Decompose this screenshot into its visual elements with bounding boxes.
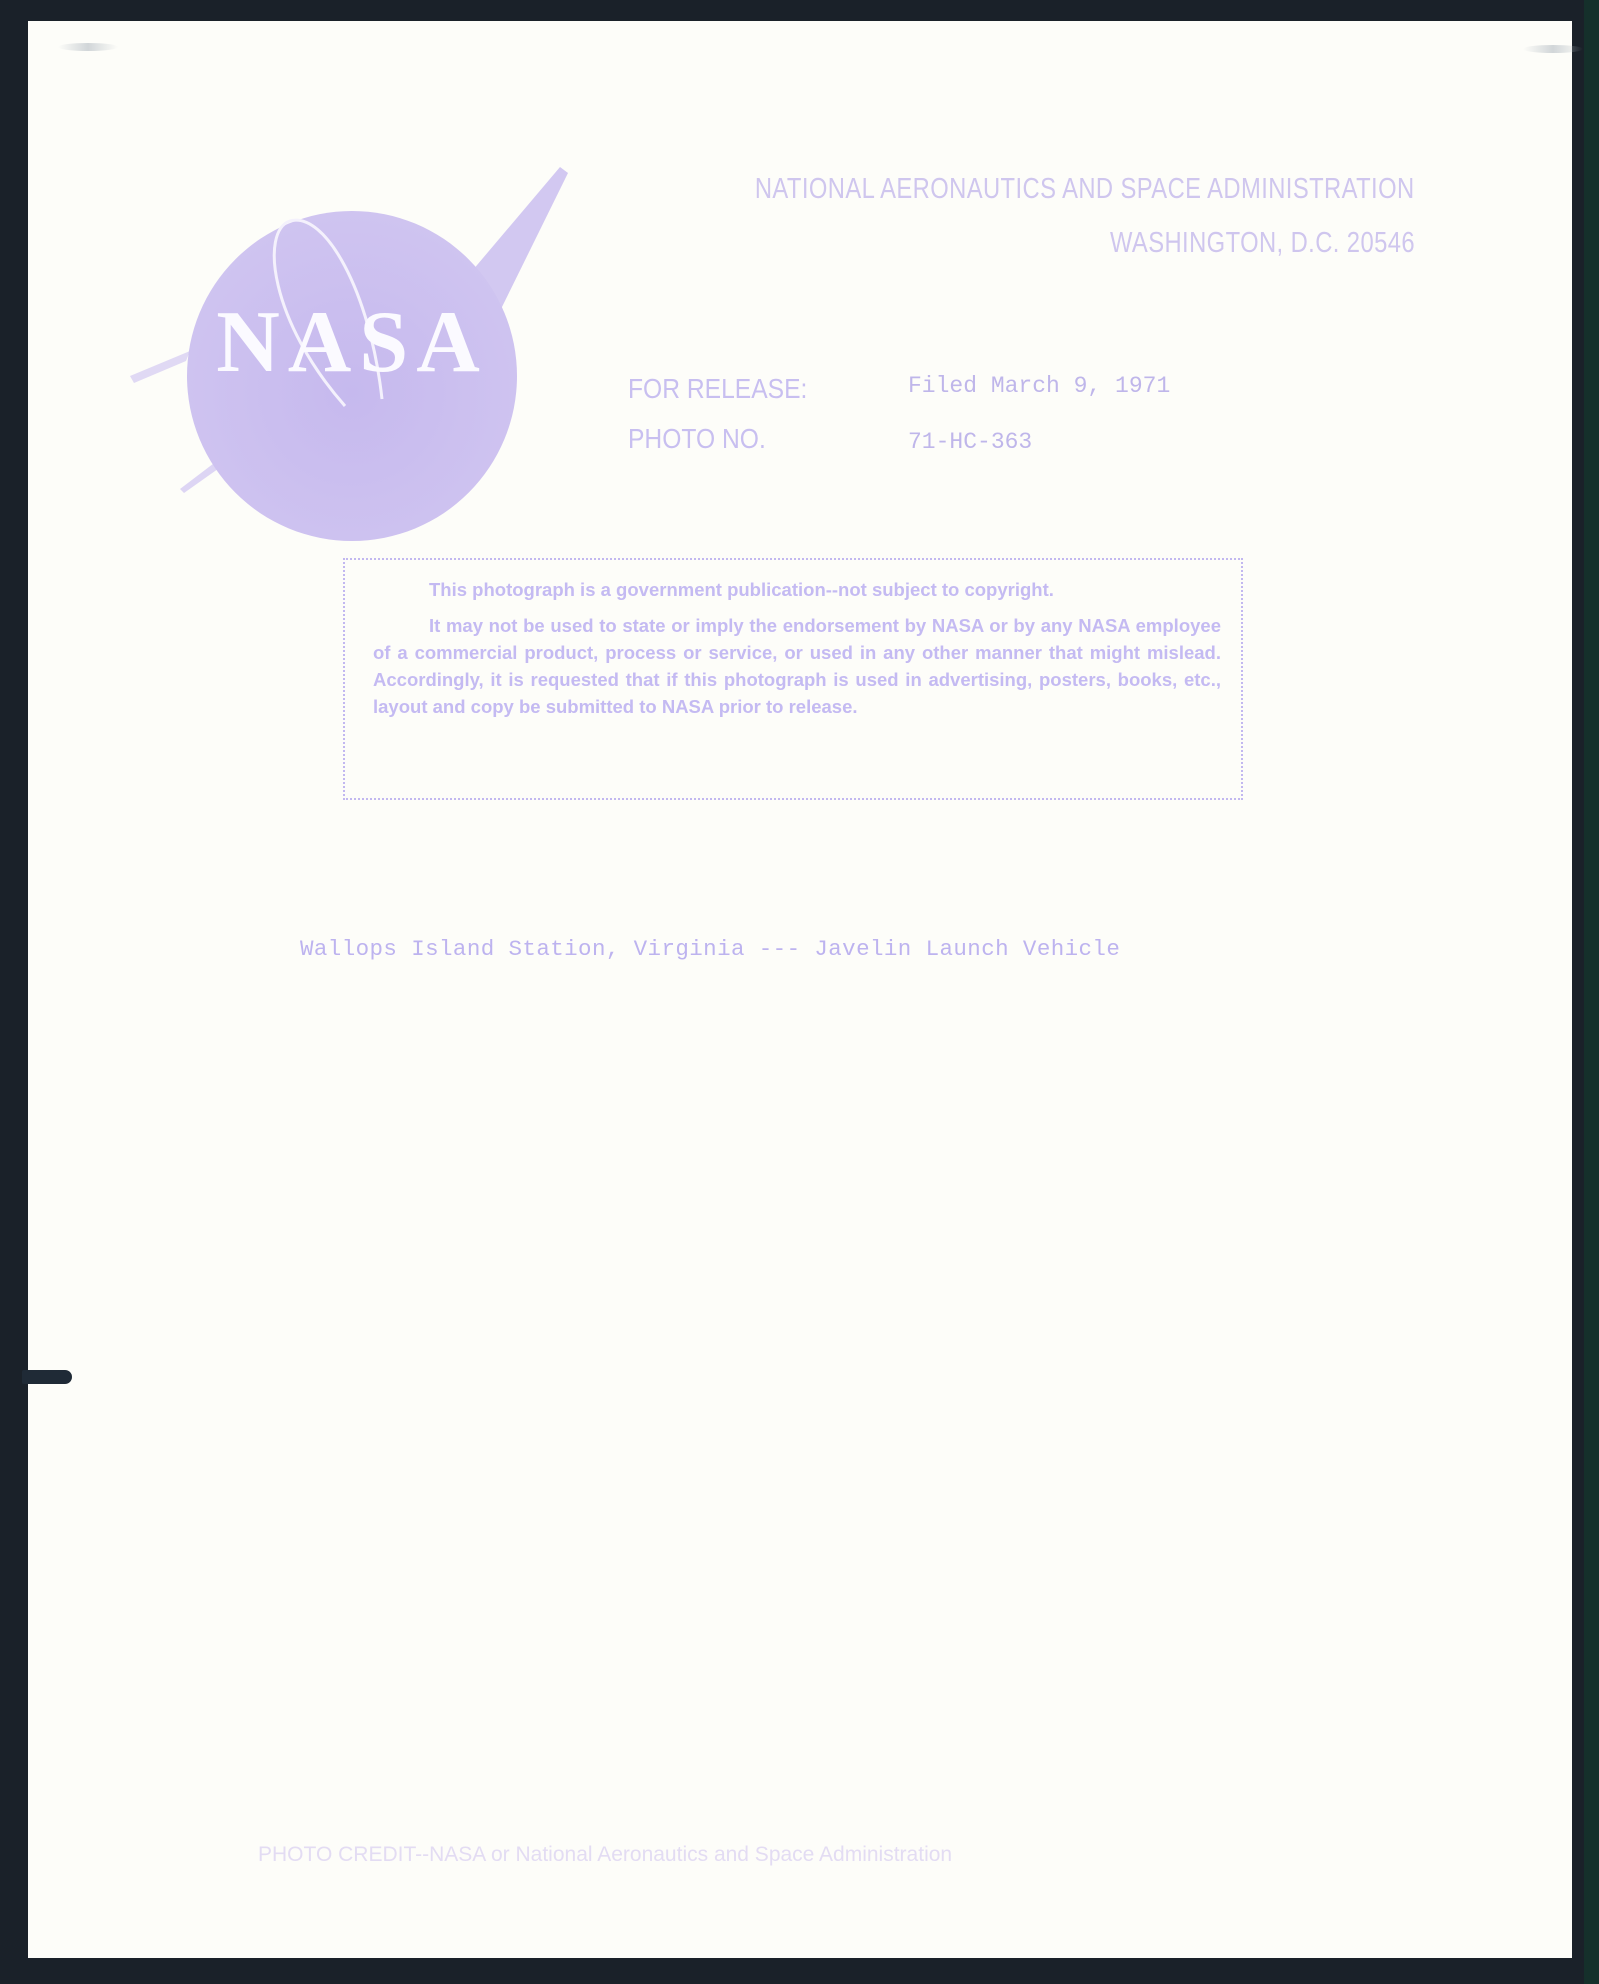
photo-caption: Wallops Island Station, Virginia --- Jav… — [300, 936, 1120, 962]
scan-edge-strip — [1584, 0, 1599, 1984]
organization-name: NATIONAL AERONAUTICS AND SPACE ADMINISTR… — [755, 173, 1415, 206]
photo-credit: PHOTO CREDIT--NASA or National Aeronauti… — [258, 1843, 952, 1867]
nasa-wordmark: NASA — [216, 294, 488, 391]
paper-corner-wear — [58, 43, 118, 51]
pen-mark — [22, 1370, 72, 1384]
copyright-notice-box: This photograph is a government publicat… — [343, 558, 1243, 800]
notice-paragraph: It may not be used to state or imply the… — [373, 612, 1221, 720]
document-page: NASA NATIONAL AERONAUTICS AND SPACE ADMI… — [28, 21, 1572, 1958]
photo-number-label: PHOTO NO. — [628, 423, 766, 455]
release-label: FOR RELEASE: — [628, 373, 807, 405]
photo-number: 71-HC-363 — [908, 429, 1032, 455]
release-date: Filed March 9, 1971 — [908, 373, 1170, 399]
paper-corner-wear — [1523, 45, 1583, 53]
nasa-meatball-logo-icon: NASA — [120, 121, 580, 541]
organization-address: WASHINGTON, D.C. 20546 — [1110, 227, 1415, 260]
notice-paragraph: This photograph is a government publicat… — [373, 576, 1221, 603]
